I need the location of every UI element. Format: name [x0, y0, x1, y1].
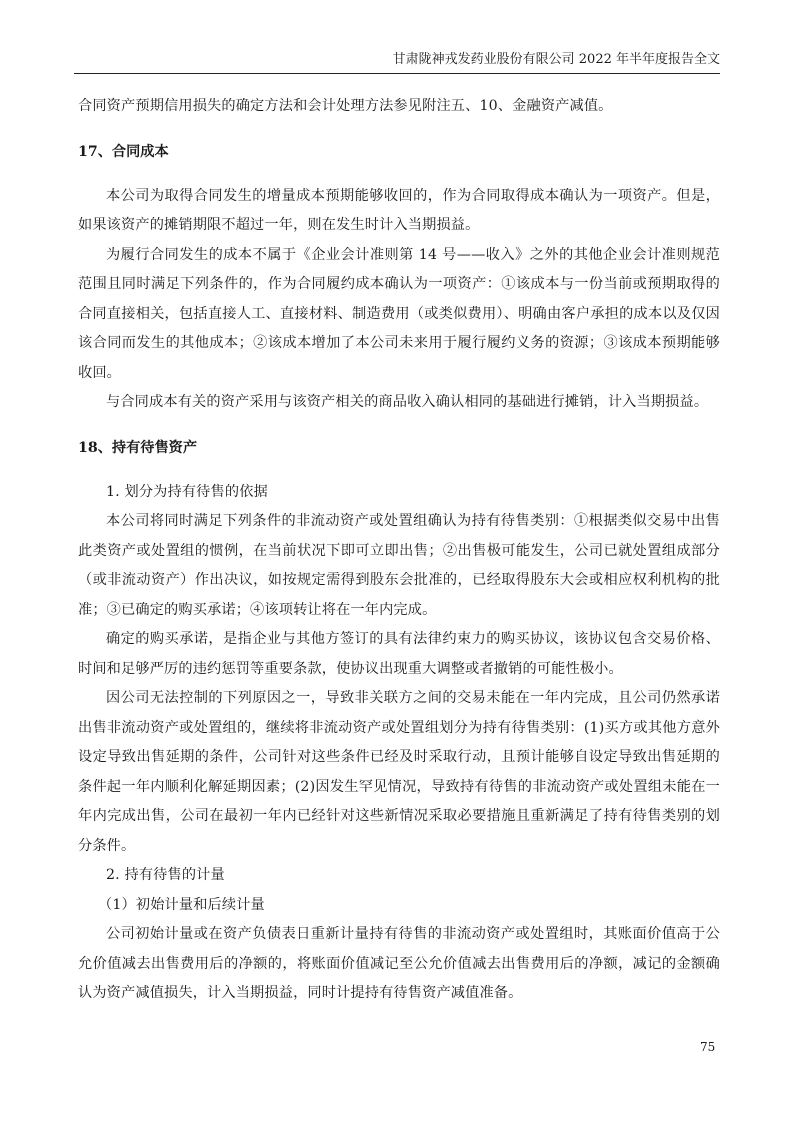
section-heading-17: 17、合同成本	[78, 142, 720, 162]
header-title: 甘肃陇神戎发药业股份有限公司 2022 年半年度报告全文	[393, 52, 720, 67]
paragraph-uncontrollable-delay: 因公司无法控制的下列原因之一，导致非关联方之间的交易未能在一年内完成，且公司仍然…	[78, 684, 720, 861]
paragraph-contract-fulfillment-cost: 为履行合同发生的成本不属于《企业会计准则第 14 号——收入》之外的其他企业会计…	[78, 241, 720, 389]
paragraph-contract-cost-amortization: 与合同成本有关的资产采用与该资产相关的商品收入确认相同的基础进行摊销，计入当期损…	[78, 388, 720, 418]
paragraph-firm-purchase-commitment: 确定的购买承诺，是指企业与其他方签订的具有法律约束力的购买协议，该协议包含交易价…	[78, 625, 720, 684]
page-number: 75	[700, 1040, 715, 1054]
paragraph-contract-asset-impairment: 合同资产预期信用损失的确定方法和会计处理方法参见附注五、10、金融资产减值。	[78, 92, 720, 122]
subheading-measurement: 2. 持有待售的计量	[78, 861, 720, 891]
subheading-classification-basis: 1. 划分为持有待售的依据	[78, 478, 720, 508]
paragraph-impairment-measurement: 公司初始计量或在资产负债表日重新计量持有待售的非流动资产或处置组时，其账面价值高…	[78, 920, 720, 1009]
subheading-initial-subsequent-measurement: （1）初始计量和后续计量	[78, 891, 720, 921]
section-heading-18: 18、持有待售资产	[78, 438, 720, 458]
paragraph-contract-acquisition-cost: 本公司为取得合同发生的增量成本预期能够收回的，作为合同取得成本确认为一项资产。但…	[78, 182, 720, 241]
document-body: 合同资产预期信用损失的确定方法和会计处理方法参见附注五、10、金融资产减值。 1…	[78, 92, 720, 1009]
page-header: 甘肃陇神戎发药业股份有限公司 2022 年半年度报告全文	[74, 50, 720, 74]
paragraph-held-for-sale-conditions: 本公司将同时满足下列条件的非流动资产或处置组确认为持有待售类别：①根据类似交易中…	[78, 507, 720, 625]
